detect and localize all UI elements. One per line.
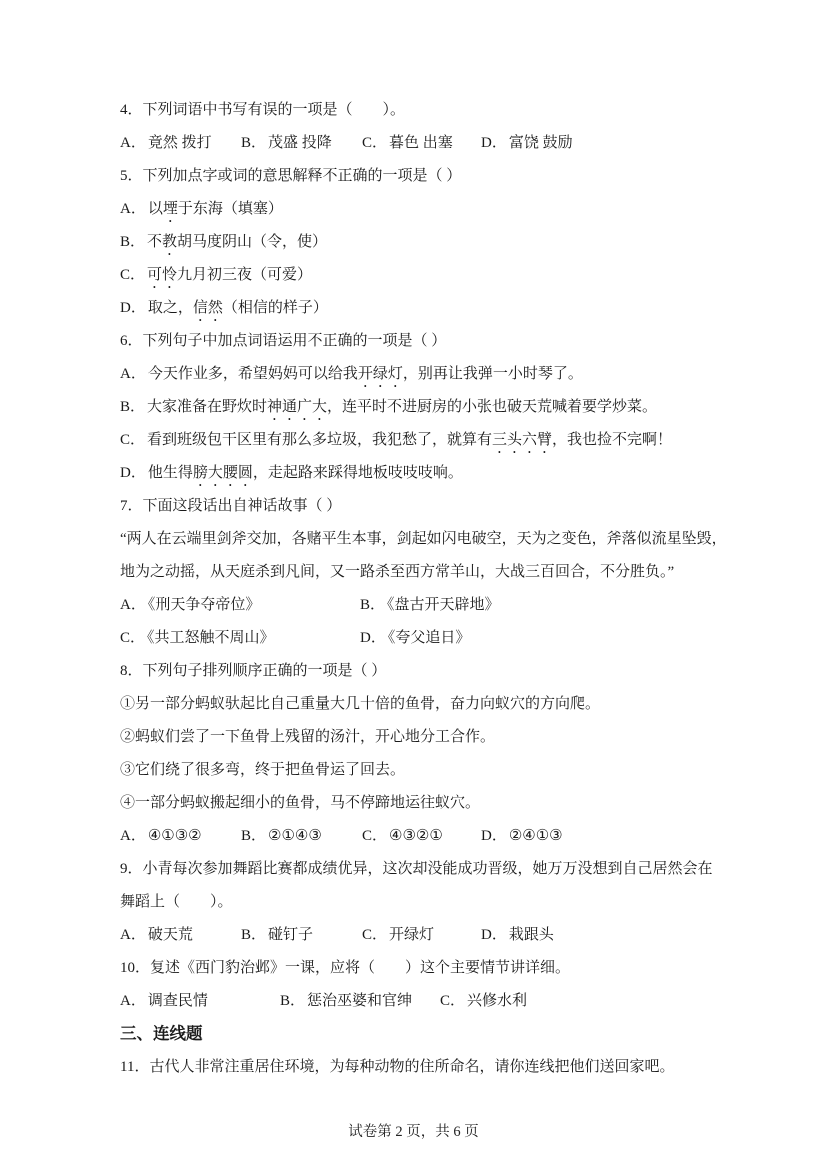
option-text: 取之，: [148, 300, 193, 316]
option-text: ，我也捡不完啊！: [552, 432, 672, 448]
q7-option-a: A．《刑天争夺帝位》: [120, 589, 360, 622]
option-label: A．: [120, 597, 146, 613]
option-label: A．: [120, 201, 146, 217]
option-text: 富饶 鼓励: [509, 135, 573, 151]
q6-option-d: D．他生得膀大腰圆，走起路来踩得地板吱吱吱响。: [120, 457, 767, 490]
option-label: B．: [280, 993, 305, 1009]
q4-option-c: C．暮色 出塞: [362, 127, 481, 160]
q9-option-b: B．碰钉子: [241, 919, 362, 952]
q9-option-c: C．开绿灯: [362, 919, 481, 952]
q6-stem: 6．下列句子中加点词语运用不正确的一项是（ ）: [120, 325, 767, 358]
q7-quote-line1: “两人在云端里剑斧交加，各赌平生本事，剑起如闪电破空，天为之变色，斧落似流星坠毁…: [120, 523, 767, 556]
q9-stem-line1: 9．小青每次参加舞蹈比赛都成绩优异，这次却没能成功晋级，她万万没想到自己居然会在: [120, 853, 767, 886]
option-text: 《盘古开天辟地》: [387, 597, 500, 613]
option-label: D．: [481, 828, 507, 844]
q8-options: A．④①③②B．②①④③C．④③②①D．②④①③: [120, 820, 767, 853]
emphasized-text: 堙: [163, 201, 178, 217]
q9-stem-line2: 舞蹈上（ ）。: [120, 886, 767, 919]
option-text: 茂盛 投降: [268, 135, 332, 151]
q9-options: A．破天荒B．碰钉子C．开绿灯D．栽跟头: [120, 919, 767, 952]
q10-stem: 10．复述《西门豹治邺》一课，应将（ ）这个主要情节讲详细。: [120, 952, 767, 985]
option-label: A．: [120, 366, 146, 382]
option-text: 兴修水利: [467, 993, 527, 1009]
q11-stem: 11．古代人非常注重居住环境，为每种动物的住所命名，请你连线把他们送回家吧。: [120, 1051, 767, 1084]
q8-sentence-4: ④一部分蚂蚁搬起细小的鱼骨，马不停蹄地运往蚁穴。: [120, 787, 767, 820]
q7-option-c: C．《共工怒触不周山》: [120, 622, 360, 655]
option-text: 《共工怒触不周山》: [147, 630, 275, 646]
option-text: 今天作业多，希望妈妈可以给我: [148, 366, 358, 382]
option-label: B．: [241, 927, 266, 943]
option-text: ②④①③: [509, 828, 563, 844]
exam-paper-page: 4．下列词语中书写有误的一项是（ ）。 A．竟然 拨打B．茂盛 投降C．暮色 出…: [0, 0, 827, 1169]
option-text: 惩治巫婆和官绅: [307, 993, 412, 1009]
emphasized-text: 可怜: [147, 267, 177, 283]
option-label: D．: [120, 300, 146, 316]
option-text: 暮色 出塞: [389, 135, 453, 151]
q10-options: A．调查民情B．惩治巫婆和官绅C．兴修水利: [120, 985, 767, 1018]
option-label: D．: [120, 465, 146, 481]
option-text: （相信的样子）: [223, 300, 328, 316]
option-text: 《刑天争夺帝位》: [148, 597, 261, 613]
option-text: ②①④③: [268, 828, 322, 844]
option-text: 《夸父追日》: [388, 630, 471, 646]
option-text: 不: [147, 234, 162, 250]
exam-content: 4．下列词语中书写有误的一项是（ ）。 A．竟然 拨打B．茂盛 投降C．暮色 出…: [120, 94, 767, 1084]
q4-option-d: D．富饶 鼓励: [481, 127, 767, 160]
option-label: A．: [120, 927, 146, 943]
option-text: 大家准备在野炊时: [147, 399, 267, 415]
option-text: ，别再让我弹一小时琴了。: [403, 366, 583, 382]
option-text: ，连平时不进厨房的小张也破天荒喊着要学炒菜。: [327, 399, 657, 415]
option-text: 破天荒: [148, 927, 193, 943]
option-text: 胡马度阴山（令，使）: [177, 234, 327, 250]
option-text: ④③②①: [389, 828, 443, 844]
option-label: B．: [360, 597, 385, 613]
q5-option-a: A．以堙于东海（填塞）: [120, 193, 767, 226]
page-footer: 试卷第 2 页，共 6 页: [0, 1120, 827, 1141]
option-label: C．: [362, 828, 387, 844]
emphasized-text: 神通广大: [267, 399, 327, 415]
option-label: A．: [120, 828, 146, 844]
q7-options-row1: A．《刑天争夺帝位》B．《盘古开天辟地》: [120, 589, 767, 622]
emphasized-text: 三头六臂: [492, 432, 552, 448]
option-label: D．: [360, 630, 386, 646]
option-text: 九月初三夜（可爱）: [177, 267, 312, 283]
emphasized-text: 教: [162, 234, 177, 250]
option-label: A．: [120, 993, 146, 1009]
q4-option-b: B．茂盛 投降: [241, 127, 362, 160]
option-text: 以: [148, 201, 163, 217]
q6-option-b: B．大家准备在野炊时神通广大，连平时不进厨房的小张也破天荒喊着要学炒菜。: [120, 391, 767, 424]
option-text: ，走起路来踩得地板吱吱吱响。: [253, 465, 463, 481]
q4-option-a: A．竟然 拨打: [120, 127, 241, 160]
option-label: D．: [481, 135, 507, 151]
option-label: C．: [362, 135, 387, 151]
q7-option-b: B．《盘古开天辟地》: [360, 589, 767, 622]
q7-stem: 7．下面这段话出自神话故事（ ）: [120, 490, 767, 523]
option-text: 调查民情: [148, 993, 208, 1009]
q6-option-c: C．看到班级包干区里有那么多垃圾，我犯愁了，就算有三头六臂，我也捡不完啊！: [120, 424, 767, 457]
q8-option-b: B．②①④③: [241, 820, 362, 853]
option-label: C．: [120, 630, 145, 646]
q4-options: A．竟然 拨打B．茂盛 投降C．暮色 出塞D．富饶 鼓励: [120, 127, 767, 160]
q8-sentence-2: ②蚂蚁们尝了一下鱼骨上残留的汤汁，开心地分工合作。: [120, 721, 767, 754]
emphasized-text: 信然: [193, 300, 223, 316]
q5-option-c: C．可怜九月初三夜（可爱）: [120, 259, 767, 292]
option-label: C．: [120, 267, 145, 283]
q7-option-d: D．《夸父追日》: [360, 622, 767, 655]
option-text: 栽跟头: [509, 927, 554, 943]
q8-option-c: C．④③②①: [362, 820, 481, 853]
option-text: 开绿灯: [389, 927, 434, 943]
q5-stem: 5．下列加点字或词的意思解释不正确的一项是（ ）: [120, 160, 767, 193]
option-label: B．: [120, 234, 145, 250]
option-label: B．: [120, 399, 145, 415]
q10-option-c: C．兴修水利: [440, 985, 767, 1018]
q4-stem: 4．下列词语中书写有误的一项是（ ）。: [120, 94, 767, 127]
option-text: 于东海（填塞）: [178, 201, 283, 217]
q5-option-d: D．取之，信然（相信的样子）: [120, 292, 767, 325]
q9-option-a: A．破天荒: [120, 919, 241, 952]
q8-option-a: A．④①③②: [120, 820, 241, 853]
option-text: 竟然 拨打: [148, 135, 212, 151]
option-text: ④①③②: [148, 828, 202, 844]
q8-stem: 8．下列句子排列顺序正确的一项是（ ）: [120, 655, 767, 688]
option-label: D．: [481, 927, 507, 943]
option-label: B．: [241, 135, 266, 151]
option-text: 看到班级包干区里有那么多垃圾，我犯愁了，就算有: [147, 432, 492, 448]
option-label: B．: [241, 828, 266, 844]
option-text: 他生得: [148, 465, 193, 481]
q8-sentence-3: ③它们绕了很多弯，终于把鱼骨运了回去。: [120, 754, 767, 787]
emphasized-text: 开绿灯: [358, 366, 403, 382]
section-3-heading: 三、连线题: [120, 1018, 767, 1051]
q8-option-d: D．②④①③: [481, 820, 767, 853]
option-text: 碰钉子: [268, 927, 313, 943]
option-label: C．: [440, 993, 465, 1009]
option-label: C．: [362, 927, 387, 943]
emphasized-text: 膀大腰圆: [193, 465, 253, 481]
q10-option-b: B．惩治巫婆和官绅: [280, 985, 440, 1018]
q7-quote-line2: 地为之动摇，从天庭杀到凡间，又一路杀至西方常羊山，大战三百回合，不分胜负。”: [120, 556, 767, 589]
q6-option-a: A．今天作业多，希望妈妈可以给我开绿灯，别再让我弹一小时琴了。: [120, 358, 767, 391]
option-label: A．: [120, 135, 146, 151]
q5-option-b: B．不教胡马度阴山（令，使）: [120, 226, 767, 259]
q9-option-d: D．栽跟头: [481, 919, 767, 952]
option-label: C．: [120, 432, 145, 448]
q10-option-a: A．调查民情: [120, 985, 280, 1018]
q7-options-row2: C．《共工怒触不周山》D．《夸父追日》: [120, 622, 767, 655]
q8-sentence-1: ①另一部分蚂蚁驮起比自己重量大几十倍的鱼骨，奋力向蚁穴的方向爬。: [120, 688, 767, 721]
